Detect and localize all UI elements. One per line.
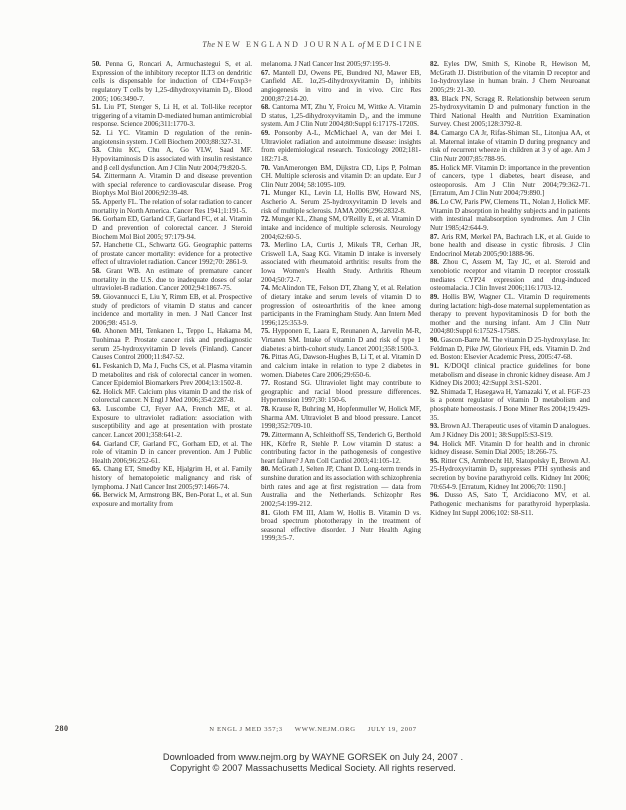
reference-number: 91. (430, 362, 444, 370)
reference-number: 65. (92, 465, 103, 473)
reference-item: 78. Krause R, Buhring M, Hopfenmuller W,… (261, 405, 421, 431)
reference-item: 88. Zhou C, Assem M, Tay JC, et al. Ster… (430, 258, 590, 293)
reference-item: 53. Chiu KC, Chu A, Go VLW, Saad MF. Hyp… (92, 146, 252, 172)
reference-item: 57. Hanchette CL, Schwartz GG. Geographi… (92, 241, 252, 267)
reference-item: 93. Brown AJ. Therapeutic uses of vitami… (430, 422, 590, 439)
download-notice-line1: Downloaded from www.nejm.org by WAYNE GO… (0, 752, 626, 763)
reference-item: 80. McGrath J, Selten JP, Chant D. Long-… (261, 465, 421, 508)
reference-number: 71. (261, 189, 273, 197)
reference-item: 60. Ahonen MH, Tenkanen L, Teppo L, Haka… (92, 327, 252, 362)
reference-number: 68. (261, 103, 272, 111)
reference-number: 51. (92, 103, 104, 111)
reference-item: 90. Gascon-Barre M. The vitamin D 25-hyd… (430, 336, 590, 362)
reference-number: 50. (92, 60, 105, 68)
journal-masthead: TheNEW ENGLAND JOURNALofMEDICINE (0, 40, 626, 49)
footer-website: WWW.NEJM.ORG (295, 726, 356, 733)
reference-item: 94. Holick MF. Vitamin D for health and … (430, 440, 590, 457)
reference-item: 74. McAlindon TE, Felson DT, Zhang Y, et… (261, 284, 421, 327)
reference-number: 69. (261, 129, 274, 137)
reference-number: 63. (92, 405, 106, 413)
reference-number: 83. (430, 95, 442, 103)
reference-item: 68. Cantorna MT, Zhu Y, Froicu M, Wittke… (261, 103, 421, 129)
reference-number: 60. (92, 327, 104, 335)
reference-number: 90. (430, 336, 441, 344)
reference-item: 77. Rostand SG. Ultraviolet light may co… (261, 379, 421, 405)
reference-number: 61. (92, 362, 103, 370)
reference-item: 92. Shimada T, Hasegawa H, Yamazaki Y, e… (430, 388, 590, 423)
reference-item: 61. Feskanich D, Ma J, Fuchs CS, et al. … (92, 362, 252, 388)
reference-number: 64. (92, 440, 104, 448)
reference-item: 81. Gloth FM III, Alam W, Hollis B. Vita… (261, 509, 421, 544)
reference-item: 85. Holick MF. Vitamin D: importance in … (430, 164, 590, 199)
reference-list: 50. Penna G, Roncari A, Armuchastegui S,… (92, 60, 590, 543)
reference-number: 52. (92, 129, 107, 137)
reference-item: 83. Black PN, Scragg R. Relationship bet… (430, 95, 590, 130)
reference-item: 84. Camargo CA Jr, Rifas-Shiman SL, Lito… (430, 129, 590, 164)
footer-date: JULY 19, 2007 (368, 726, 417, 733)
reference-item: 75. Hypponen E, Laara E, Reunanen A, Jar… (261, 327, 421, 353)
reference-number: 53. (92, 146, 108, 154)
reference-item: 55. Apperly FL. The relation of solar ra… (92, 198, 252, 215)
reference-number: 66. (92, 491, 103, 499)
masthead-medicine: MEDICINE (367, 40, 424, 49)
reference-number: 86. (430, 198, 441, 206)
reference-item: 96. Dusso AS, Sato T, Arcidiacono MV, et… (430, 491, 590, 517)
reference-number: 59. (92, 293, 103, 301)
reference-item: 70. VanAmerongen BM, Dijkstra CD, Lips P… (261, 164, 421, 190)
reference-number: 72. (261, 215, 272, 223)
reference-number: 58. (92, 267, 106, 275)
reference-item: 59. Giovannucci E, Liu Y, Rimm EB, et al… (92, 293, 252, 328)
reference-number: 57. (92, 241, 104, 249)
reference-number: 74. (261, 284, 272, 292)
reference-item: 69. Ponsonby A-L, McMichael A, van der M… (261, 129, 421, 164)
reference-number: 62. (92, 388, 103, 396)
reference-number: 93. (430, 422, 441, 430)
reference-number: 89. (430, 293, 442, 301)
reference-item: 58. Grant WB. An estimate of premature c… (92, 267, 252, 293)
reference-item: 76. Pittas AG, Dawson-Hughes B, Li T, et… (261, 353, 421, 379)
reference-number: 75. (261, 327, 272, 335)
reference-number: 84. (430, 129, 441, 137)
reference-item: 54. Zittermann A. Vitamin D and disease … (92, 172, 252, 198)
masthead-the: The (202, 40, 215, 49)
reference-number: 56. (92, 215, 103, 223)
reference-item: 66. Berwick M, Armstrong BK, Ben-Porat L… (92, 491, 252, 508)
reference-number: 70. (261, 164, 273, 172)
reference-item: 65. Chang ET, Smedby KE, Hjalgrim H, et … (92, 465, 252, 491)
reference-item: 82. Eyles DW, Smith S, Kinobe R, Hewison… (430, 60, 590, 95)
download-notice-line2: Copyright © 2007 Massachusetts Medical S… (0, 763, 626, 774)
reference-item: 79. Zittermann A, Schleithoff SS, Tender… (261, 431, 421, 466)
reference-number: 67. (261, 69, 273, 77)
reference-item: 71. Munger KL, Levin LI, Hollis BW, Howa… (261, 189, 421, 215)
reference-item: melanoma. J Natl Cancer Inst 2005;97:195… (261, 60, 421, 69)
masthead-of: of (358, 40, 365, 49)
reference-number: 95. (430, 457, 441, 465)
reference-number: 88. (430, 258, 443, 266)
reference-number: 78. (261, 405, 272, 413)
reference-number: 94. (430, 440, 442, 448)
download-notice: Downloaded from www.nejm.org by WAYNE GO… (0, 752, 626, 774)
reference-item: 51. Liu PT, Stenger S, Li H, et al. Toll… (92, 103, 252, 129)
masthead-main: NEW ENGLAND JOURNAL (217, 40, 356, 49)
reference-item: 95. Ritter CS, Armbrecht HJ, Slatopolsky… (430, 457, 590, 492)
reference-number: 80. (261, 465, 272, 473)
reference-number: 54. (92, 172, 104, 180)
reference-number: 81. (261, 509, 273, 517)
reference-number: 76. (261, 353, 272, 361)
reference-item: 72. Munger KL, Zhang SM, O'Reilly E, et … (261, 215, 421, 241)
footer-journal-ref: N ENGL J MED 357;3 (209, 726, 283, 733)
reference-number: 73. (261, 241, 274, 249)
reference-column: melanoma. J Natl Cancer Inst 2005;97:195… (261, 60, 421, 543)
reference-column: 50. Penna G, Roncari A, Armuchastegui S,… (92, 60, 252, 543)
reference-column: 82. Eyles DW, Smith S, Kinobe R, Hewison… (430, 60, 590, 543)
reference-number: 96. (430, 491, 445, 499)
reference-number: 82. (430, 60, 444, 68)
reference-item: 63. Luscombe CJ, Fryer AA, French ME, et… (92, 405, 252, 440)
reference-item: 91. K/DOQI clinical practice guidelines … (430, 362, 590, 388)
reference-item: 50. Penna G, Roncari A, Armuchastegui S,… (92, 60, 252, 103)
footer-journal-line: N ENGL J MED 357;3WWW.NEJM.ORGJULY 19, 2… (0, 726, 626, 733)
reference-number: 92. (430, 388, 441, 396)
reference-number: 85. (430, 164, 441, 172)
journal-page: TheNEW ENGLAND JOURNALofMEDICINE 50. Pen… (0, 0, 626, 810)
reference-item: 64. Garland CF, Garland FC, Gorham ED, e… (92, 440, 252, 466)
reference-number: 79. (261, 431, 272, 439)
reference-item: 52. Li YC. Vitamin D regulation of the r… (92, 129, 252, 146)
reference-number: 77. (261, 379, 274, 387)
reference-item: 62. Holick MF. Calcium plus vitamin D an… (92, 388, 252, 405)
reference-item: 86. Lo CW, Paris PW, Clemens TL, Nolan J… (430, 198, 590, 233)
reference-item: 73. Merlino LA, Curtis J, Mikuls TR, Cer… (261, 241, 421, 284)
reference-number: 87. (430, 233, 441, 241)
reference-item: 87. Aris RM, Merkel PA, Bachrach LK, et … (430, 233, 590, 259)
reference-item: 89. Hollis BW, Wagner CL. Vitamin D requ… (430, 293, 590, 336)
reference-item: 56. Gorham ED, Garland CF, Garland FC, e… (92, 215, 252, 241)
reference-number: 55. (92, 198, 103, 206)
reference-item: 67. Mantell DJ, Owens PE, Bundred NJ, Ma… (261, 69, 421, 104)
